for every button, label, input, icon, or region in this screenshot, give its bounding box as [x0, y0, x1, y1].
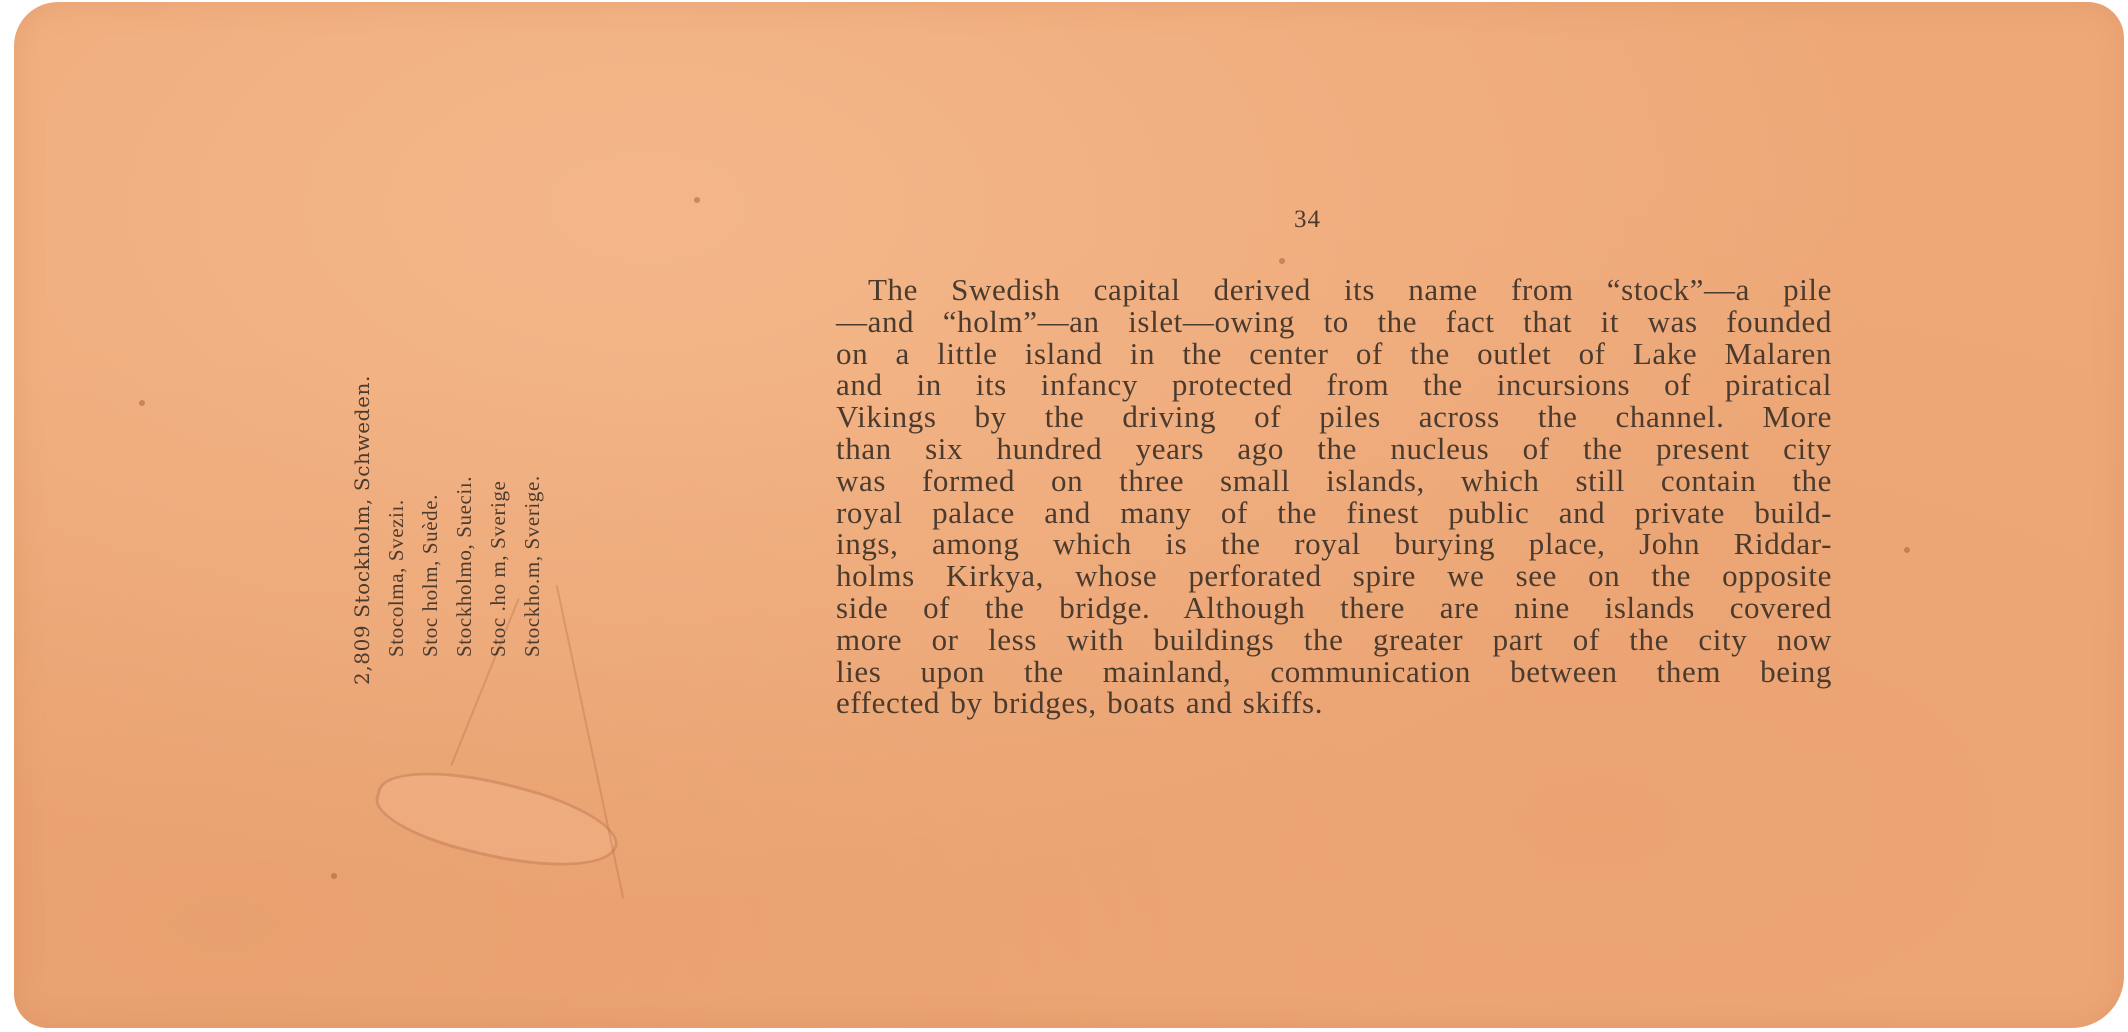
text-line: ings, among which is the royal burying p… [836, 528, 1832, 560]
view-title-swedish-2: Stockho.m, Sverige. [515, 340, 549, 685]
page-number: 34 [1294, 206, 1321, 234]
speck [139, 400, 145, 406]
text-line: side of the bridge. Although there are n… [836, 592, 1832, 624]
view-title-french: Stoc holm, Suède. [413, 340, 447, 685]
description-paragraph: The Swedish capital derived its name fro… [836, 274, 1832, 719]
speck [331, 873, 337, 879]
view-title-rotated: 2,809 Stockholm, Schweden. Stocolma, Sve… [345, 340, 555, 685]
text-line: —and “holm”—an islet—owing to the fact t… [836, 306, 1832, 338]
view-title-german: 2,809 Stockholm, Schweden. [345, 340, 379, 685]
view-title-italian: Stocolma, Sveziı. [379, 340, 413, 685]
text-line: Vikings by the driving of piles across t… [836, 401, 1832, 433]
speck [1904, 547, 1910, 553]
text-line: effected by bridges, boats and skiffs. [836, 687, 1832, 719]
water-stain [368, 753, 625, 886]
text-line: was formed on three small islands, which… [836, 465, 1832, 497]
speck [694, 197, 700, 203]
view-title-swedish-1: Stoc .ho m, Sverige [481, 340, 515, 685]
text-line: on a little island in the center of the … [836, 338, 1832, 370]
speck [1279, 258, 1285, 264]
view-number: 2,809 [350, 625, 374, 685]
text-line: The Swedish capital derived its name fro… [836, 274, 1832, 306]
text-line: and in its infancy protected from the in… [836, 369, 1832, 401]
view-title-block: 2,809 Stockholm, Schweden. Stocolma, Sve… [345, 340, 555, 685]
text-line: lies upon the mainland, communication be… [836, 656, 1832, 688]
text-line: than six hundred years ago the nucleus o… [836, 433, 1832, 465]
text-line: more or less with buildings the greater … [836, 624, 1832, 656]
text-line: holms Kirkya, whose perforated spire we … [836, 560, 1832, 592]
view-title-spanish: Stockholmo, Sueciı. [447, 340, 481, 685]
text-line: royal palace and many of the finest publ… [836, 497, 1832, 529]
